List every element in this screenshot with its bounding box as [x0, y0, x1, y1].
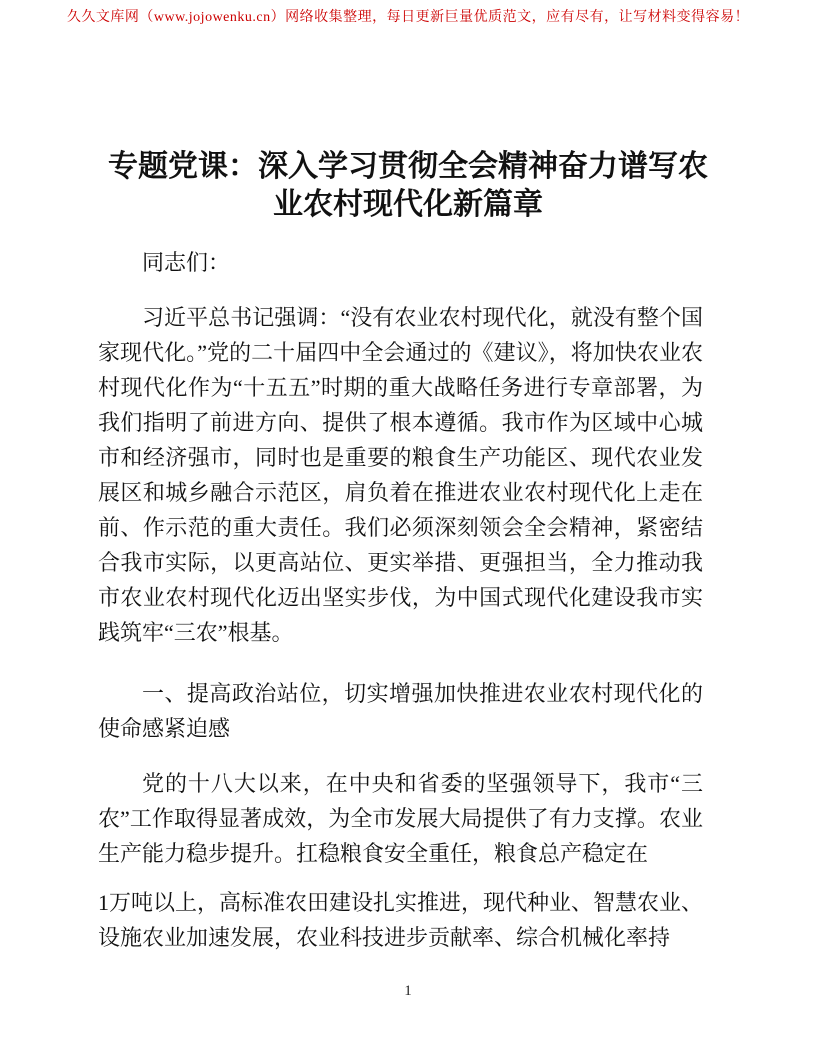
- page-number: 1: [0, 983, 816, 1000]
- paragraph-achievements: 党的十八大以来，在中央和省委的坚强领导下，我市“三农”工作取得显著成效，为全市发…: [98, 766, 703, 871]
- paragraph-intro: 习近平总书记强调：“没有农业农村现代化，就没有整个国家现代化。”党的二十届四中全…: [98, 300, 703, 650]
- watermark-header-text: 久久文库网（www.jojowenku.cn）网络收集整理，每日更新巨量优质范文…: [0, 6, 816, 26]
- paragraph-achievements-continued: 1万吨以上，高标准农田建设扎实推进，现代种业、智慧农业、设施农业加速发展，农业科…: [98, 885, 703, 955]
- document-body: 同志们：习近平总书记强调：“没有农业农村现代化，就没有整个国家现代化。”党的二十…: [98, 245, 703, 955]
- document-page: 久久文库网（www.jojowenku.cn）网络收集整理，每日更新巨量优质范文…: [0, 0, 816, 1056]
- salutation: 同志们：: [98, 245, 703, 280]
- document-title: 专题党课：深入学习贯彻全会精神奋力谱写农业农村现代化新篇章: [102, 148, 714, 224]
- section-heading-1: 一、提高政治站位，切实增强加快推进农业农村现代化的使命感紧迫感: [98, 676, 703, 746]
